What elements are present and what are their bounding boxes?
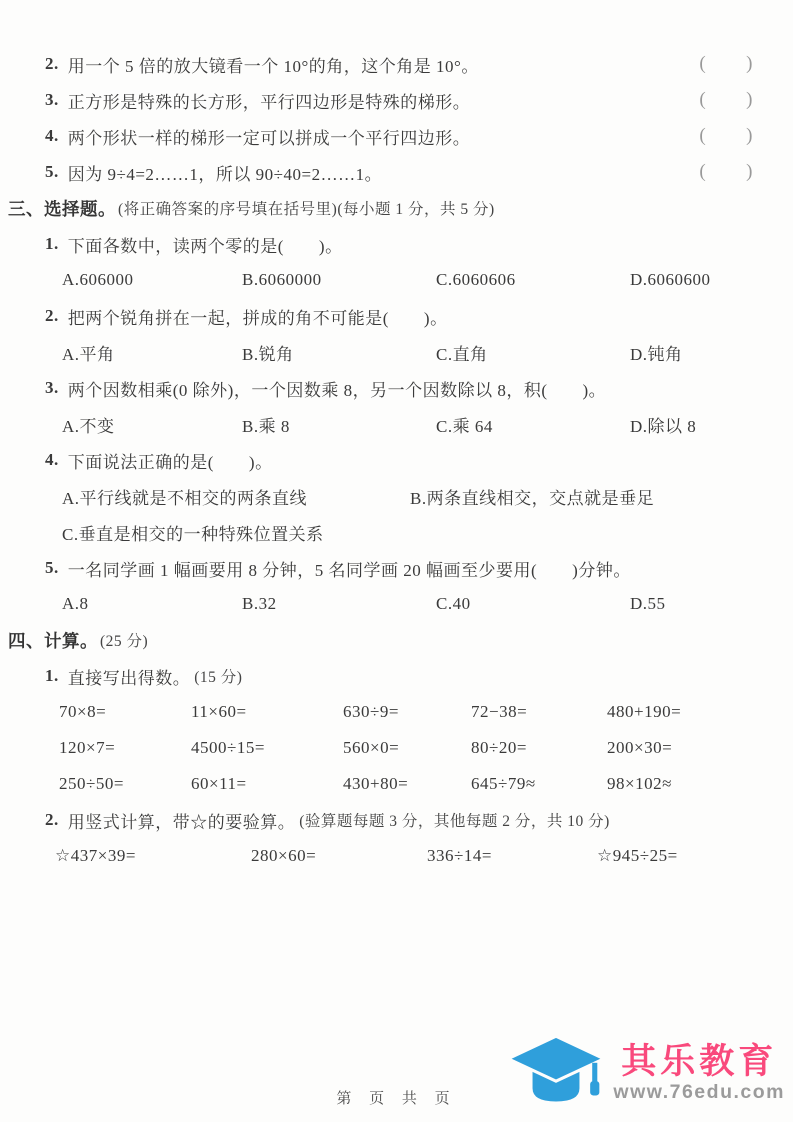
choice-option: B.锐角 — [242, 340, 436, 365]
instruction-note: (15 分) — [194, 665, 242, 687]
vertical-calc-item: ☆945÷25= — [597, 846, 753, 866]
choice-option: B.6060000 — [242, 270, 436, 290]
question-text: 正方形是特殊的长方形，平行四边形是特殊的梯形。 — [68, 88, 471, 113]
instruction-text: 用竖式计算，带☆的要验算。 — [68, 808, 296, 833]
vertical-calc-row: ☆437×39= 280×60= 336÷14= ☆945÷25= — [45, 838, 753, 874]
bracket-open: ( — [699, 89, 706, 111]
vertical-calc-item: 336÷14= — [427, 846, 597, 866]
question-number: 2. — [45, 306, 59, 326]
oral-calc-item: 80÷20= — [471, 738, 607, 758]
choice-options-4-row2: C.垂直是相交的一种特殊位置关系 — [45, 514, 753, 550]
choice-option: A.平角 — [62, 340, 242, 365]
question-number: 4. — [45, 450, 59, 470]
choice-option: D.55 — [630, 594, 753, 614]
vertical-calc-item: 280×60= — [251, 846, 427, 866]
brand-text: 其乐教育 www.76edu.com — [613, 1043, 785, 1103]
answer-bracket: () — [699, 161, 753, 183]
choice-option: C.6060606 — [436, 270, 630, 290]
oral-calc-item: 98×102≈ — [607, 774, 753, 794]
bracket-close: ) — [746, 161, 753, 183]
question-number: 3. — [45, 90, 59, 110]
bracket-close: ) — [746, 53, 753, 75]
oral-calc-item: 645÷79≈ — [471, 774, 607, 794]
question-number: 1. — [45, 234, 59, 254]
choice-options-3: A.不变 B.乘 8 C.乘 64 D.除以 8 — [45, 406, 753, 442]
graduation-cap-icon — [505, 1032, 607, 1114]
choice-option: A.8 — [62, 594, 242, 614]
choice-option: D.6060600 — [630, 270, 753, 290]
oral-calc-item: 430+80= — [343, 774, 471, 794]
question-number: 3. — [45, 378, 59, 398]
choice-option: C.垂直是相交的一种特殊位置关系 — [62, 520, 324, 545]
oral-calc-item: 560×0= — [343, 738, 471, 758]
brand-logo: 其乐教育 www.76edu.com — [505, 1032, 785, 1114]
choice-option: B.32 — [242, 594, 436, 614]
question-number: 1. — [45, 666, 59, 686]
judge-question-5: 5. 因为 9÷4=2……1，所以 90÷40=2……1。 () — [45, 154, 753, 190]
question-number: 4. — [45, 126, 59, 146]
bracket-close: ) — [746, 125, 753, 147]
choice-question-1: 1. 下面各数中，读两个零的是( )。 — [45, 226, 753, 262]
bracket-open: ( — [699, 161, 706, 183]
choice-option: C.直角 — [436, 340, 630, 365]
section-note: (将正确答案的序号填在括号里)(每小题 1 分，共 5 分) — [118, 197, 495, 219]
choice-question-3: 3. 两个因数相乘(0 除外)，一个因数乘 8，另一个因数除以 8，积( )。 — [45, 370, 753, 406]
oral-calc-item: 630÷9= — [343, 702, 471, 722]
question-text: 下面各数中，读两个零的是( )。 — [68, 232, 343, 257]
exam-page: 2. 用一个 5 倍的放大镜看一个 10°的角，这个角是 10°。 () 3. … — [0, 0, 793, 1122]
choice-options-2: A.平角 B.锐角 C.直角 D.钝角 — [45, 334, 753, 370]
bracket-open: ( — [699, 125, 706, 147]
brand-url: www.76edu.com — [613, 1081, 785, 1103]
choice-option: D.除以 8 — [630, 412, 753, 437]
instruction-note: (验算题每题 3 分，其他每题 2 分，共 10 分) — [299, 809, 610, 831]
oral-calc-item: 70×8= — [59, 702, 191, 722]
choice-option: C.乘 64 — [436, 412, 630, 437]
answer-bracket: () — [699, 89, 753, 111]
oral-calc-item: 4500÷15= — [191, 738, 343, 758]
oral-calc-item: 120×7= — [59, 738, 191, 758]
judge-question-3: 3. 正方形是特殊的长方形，平行四边形是特殊的梯形。 () — [45, 82, 753, 118]
choice-option: A.平行线就是不相交的两条直线 — [62, 484, 410, 509]
oral-calc-item: 72−38= — [471, 702, 607, 722]
oral-calc-row-1: 70×8= 11×60= 630÷9= 72−38= 480+190= — [45, 694, 753, 730]
vertical-calc-item: ☆437×39= — [55, 846, 251, 866]
question-number: 2. — [45, 54, 59, 74]
choice-option: A.606000 — [62, 270, 242, 290]
choice-question-4: 4. 下面说法正确的是( )。 — [45, 442, 753, 478]
vertical-calc-instruction: 2. 用竖式计算，带☆的要验算。 (验算题每题 3 分，其他每题 2 分，共 1… — [45, 802, 753, 838]
brand-name: 其乐教育 — [621, 1043, 777, 1081]
oral-calc-row-3: 250÷50= 60×11= 430+80= 645÷79≈ 98×102≈ — [45, 766, 753, 802]
oral-calc-item: 250÷50= — [59, 774, 191, 794]
bracket-open: ( — [699, 53, 706, 75]
choice-options-5: A.8 B.32 C.40 D.55 — [45, 586, 753, 622]
exam-content: 2. 用一个 5 倍的放大镜看一个 10°的角，这个角是 10°。 () 3. … — [45, 46, 753, 874]
choice-section-header: 三、选择题。 (将正确答案的序号填在括号里)(每小题 1 分，共 5 分) — [8, 190, 753, 226]
choice-option: C.40 — [436, 594, 630, 614]
question-number: 5. — [45, 558, 59, 578]
question-text: 两个因数相乘(0 除外)，一个因数乘 8，另一个因数除以 8，积( )。 — [68, 376, 606, 401]
answer-bracket: () — [699, 53, 753, 75]
question-text: 因为 9÷4=2……1，所以 90÷40=2……1。 — [68, 160, 382, 185]
question-text: 把两个锐角拼在一起，拼成的角不可能是( )。 — [68, 304, 448, 329]
instruction-text: 直接写出得数。 — [68, 664, 191, 689]
question-number: 2. — [45, 810, 59, 830]
choice-question-2: 2. 把两个锐角拼在一起，拼成的角不可能是( )。 — [45, 298, 753, 334]
choice-option: A.不变 — [62, 412, 242, 437]
choice-option: B.两条直线相交，交点就是垂足 — [410, 484, 753, 509]
oral-calc-item: 480+190= — [607, 702, 753, 722]
bracket-close: ) — [746, 89, 753, 111]
judge-question-2: 2. 用一个 5 倍的放大镜看一个 10°的角，这个角是 10°。 () — [45, 46, 753, 82]
judge-question-4: 4. 两个形状一样的梯形一定可以拼成一个平行四边形。 () — [45, 118, 753, 154]
choice-options-4-row1: A.平行线就是不相交的两条直线 B.两条直线相交，交点就是垂足 — [45, 478, 753, 514]
choice-option: B.乘 8 — [242, 412, 436, 437]
question-number: 5. — [45, 162, 59, 182]
answer-bracket: () — [699, 125, 753, 147]
oral-calc-row-2: 120×7= 4500÷15= 560×0= 80÷20= 200×30= — [45, 730, 753, 766]
section-title: 三、选择题。 — [8, 196, 116, 221]
choice-option: D.钝角 — [630, 340, 753, 365]
question-text: 下面说法正确的是( )。 — [68, 448, 273, 473]
choice-options-1: A.606000 B.6060000 C.6060606 D.6060600 — [45, 262, 753, 298]
oral-calc-instruction: 1. 直接写出得数。 (15 分) — [45, 658, 753, 694]
section-title: 四、计算。 — [8, 628, 98, 653]
question-text: 用一个 5 倍的放大镜看一个 10°的角，这个角是 10°。 — [68, 52, 479, 77]
oral-calc-item: 11×60= — [191, 702, 343, 722]
section-note: (25 分) — [100, 629, 148, 651]
oral-calc-item: 60×11= — [191, 774, 343, 794]
oral-calc-item: 200×30= — [607, 738, 753, 758]
calc-section-header: 四、计算。 (25 分) — [8, 622, 753, 658]
question-text: 两个形状一样的梯形一定可以拼成一个平行四边形。 — [68, 124, 471, 149]
choice-question-5: 5. 一名同学画 1 幅画要用 8 分钟，5 名同学画 20 幅画至少要用( )… — [45, 550, 753, 586]
question-text: 一名同学画 1 幅画要用 8 分钟，5 名同学画 20 幅画至少要用( )分钟。 — [68, 556, 631, 581]
